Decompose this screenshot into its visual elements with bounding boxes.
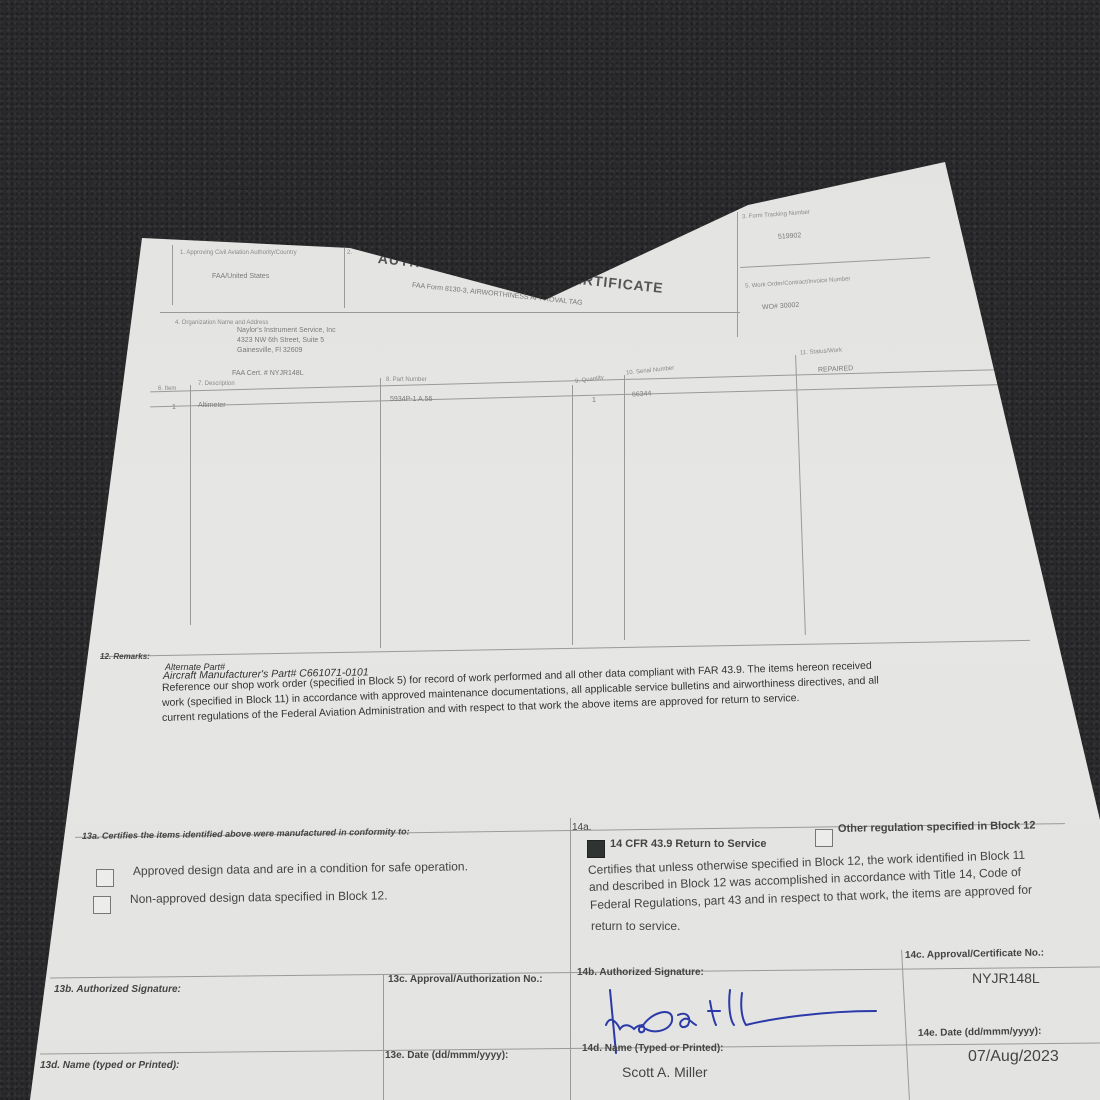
header-quantity: 9. Quantity xyxy=(575,375,605,385)
block14e-label: 14e. Date (dd/mmm/yyyy): xyxy=(918,1026,1042,1039)
divider xyxy=(172,245,173,305)
divider xyxy=(901,950,910,1100)
block2-label: 2. xyxy=(347,250,352,256)
divider xyxy=(100,640,1030,657)
divider xyxy=(160,312,740,313)
row-description: Altimeter xyxy=(198,402,226,409)
return-to-service-checkbox[interactable] xyxy=(587,840,605,858)
release-date: 07/Aug/2023 xyxy=(968,1048,1059,1066)
block13b-label: 13b. Authorized Signature: xyxy=(54,984,181,995)
divider xyxy=(344,248,345,308)
block3-label: 3. Form Tracking Number xyxy=(742,210,810,221)
block1-value: FAA/United States xyxy=(212,273,269,280)
divider xyxy=(572,385,573,645)
header-part-number: 8. Part Number xyxy=(386,377,427,383)
divider xyxy=(190,385,191,625)
other-regulation-checkbox[interactable] xyxy=(815,829,833,847)
block14d-label: 14d. Name (Typed or Printed): xyxy=(582,1043,724,1054)
org-line-2: 4323 NW 6th Street, Suite 5 xyxy=(237,337,324,344)
row-serial: 66344 xyxy=(632,390,652,398)
divider xyxy=(795,355,806,635)
block1-label: 1. Approving Civil Aviation Authority/Co… xyxy=(180,250,297,256)
header-description: 7. Description xyxy=(198,381,235,387)
divider xyxy=(380,378,381,648)
row-part-number: 5934P-1 A.56 xyxy=(390,396,432,403)
block14a-statement: return to service. xyxy=(591,919,680,933)
org-line-1: Naylor's Instrument Service, Inc xyxy=(237,327,336,334)
divider xyxy=(50,967,1100,979)
block14b-label: 14b. Authorized Signature: xyxy=(577,967,704,978)
certificate-paper: 1. Approving Civil Aviation Authority/Co… xyxy=(0,0,1100,1100)
block13a-label: 13a. Certifies the items identified abov… xyxy=(82,826,410,841)
divider xyxy=(383,975,384,1100)
approved-design-label: Approved design data and are in a condit… xyxy=(133,859,468,878)
block13e-label: 13e. Date (dd/mmm/yyyy): xyxy=(385,1050,508,1061)
form-subtitle: FAA Form 8130-3, AIRWORTHINESS APPROVAL … xyxy=(412,282,583,307)
return-to-service-label: 14 CFR 43.9 Return to Service xyxy=(610,838,767,850)
org-line-3: Gainesville, Fl 32609 xyxy=(237,347,302,354)
faa-cert: FAA Cert. # NYJR148L xyxy=(232,370,304,377)
header-serial: 10. Serial Number xyxy=(626,365,675,376)
row-quantity: 1 xyxy=(592,397,596,404)
approval-certificate-number: NYJR148L xyxy=(972,970,1040,986)
form-tracking-number: 519902 xyxy=(778,232,802,241)
row-item: 1 xyxy=(172,404,176,411)
non-approved-design-checkbox[interactable] xyxy=(93,896,111,914)
divider xyxy=(737,212,738,337)
other-regulation-label: Other regulation specified in Block 12 xyxy=(838,820,1036,835)
block14c-label: 14c. Approval/Certificate No.: xyxy=(905,948,1044,961)
block14a-label: 14a. xyxy=(572,822,591,833)
work-order-number: WO# 30002 xyxy=(762,302,800,312)
divider xyxy=(740,257,930,268)
header-status: 11. Status/Work xyxy=(800,348,842,357)
divider xyxy=(570,818,571,1100)
block4-label: 4. Organization Name and Address xyxy=(175,320,268,326)
divider xyxy=(624,375,625,640)
printed-name: Scott A. Miller xyxy=(622,1064,708,1080)
block5-label: 5. Work Order/Contract/Invoice Number xyxy=(745,276,851,289)
approved-design-checkbox[interactable] xyxy=(96,869,114,887)
header-item: 6. Item xyxy=(158,386,176,392)
block13d-label: 13d. Name (typed or Printed): xyxy=(40,1060,179,1071)
non-approved-design-label: Non-approved design data specified in Bl… xyxy=(130,888,388,906)
remarks-label: 12. Remarks: xyxy=(100,652,150,661)
block13c-label: 13c. Approval/Authorization No.: xyxy=(388,974,543,985)
